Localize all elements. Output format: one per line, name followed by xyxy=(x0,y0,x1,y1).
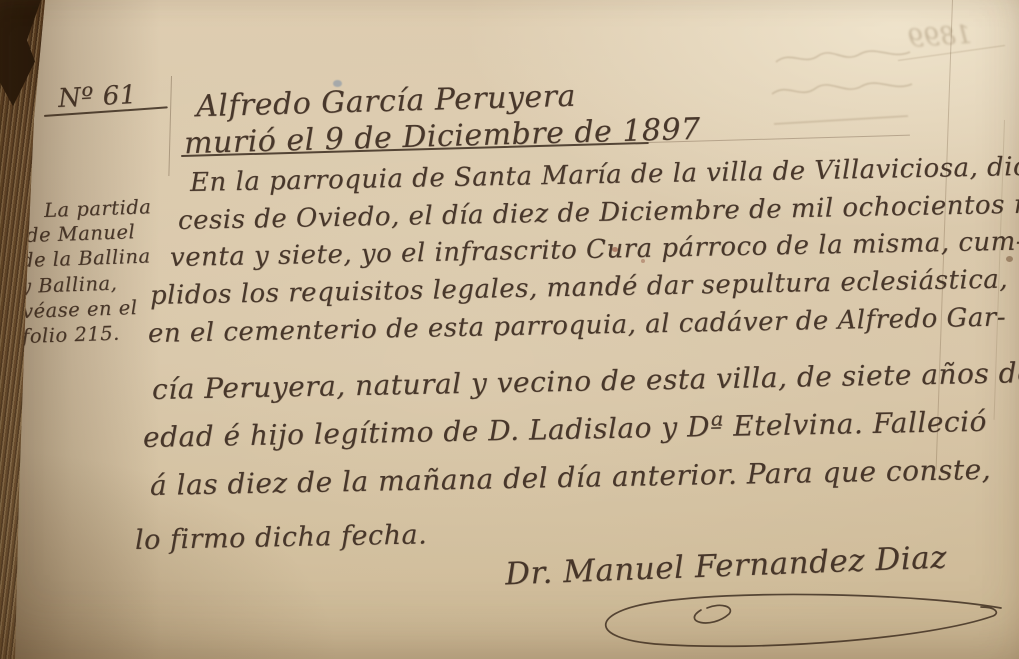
margin-note-line: de Manuel xyxy=(26,220,136,247)
record-body-line: lo firmo dicha fecha. xyxy=(135,519,428,556)
margin-note-line: folio 215. xyxy=(22,322,121,348)
register-page-photo: 1899 Nº 61 Alfredo García Peruyera murió… xyxy=(0,0,1019,659)
margin-note-line: La partida xyxy=(44,195,152,222)
margin-note-line: y Ballina, xyxy=(20,272,118,298)
signature-rubric xyxy=(583,586,1003,658)
margin-note-line: de la Ballina xyxy=(21,244,151,272)
margin-note-line: véase en el xyxy=(22,296,138,323)
